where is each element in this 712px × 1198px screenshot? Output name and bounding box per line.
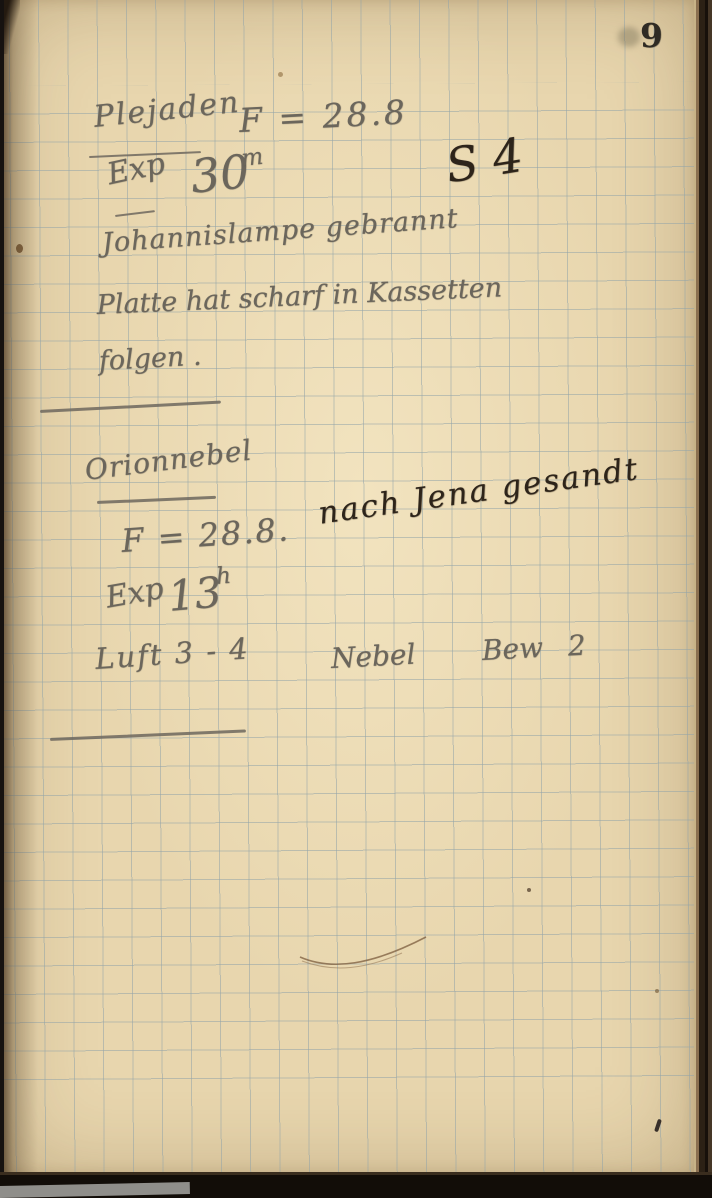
entry1-exposure-unit: m <box>240 144 264 172</box>
entry2-exposure-unit: h <box>215 563 232 590</box>
binding-gutter-shadow <box>4 0 38 1174</box>
entry2-condition-clouds: Bew 2 <box>481 629 586 667</box>
entry2-condition-fog: Nebel <box>330 638 416 675</box>
entry2-exposure-value: 13 <box>166 567 224 620</box>
page-number: 9 <box>640 16 663 55</box>
notebook-page: Plejaden F = 28.8 Exp 30 m S 4 Johannisl… <box>4 0 694 1174</box>
notebook-scan: Plejaden F = 28.8 Exp 30 m S 4 Johannisl… <box>0 0 712 1198</box>
paper-speck <box>278 72 283 77</box>
entry1-note-plate-cont: folgen . <box>98 341 202 377</box>
ink-smudge <box>618 27 640 47</box>
hair-scratch-mark <box>292 925 442 985</box>
book-page-edges-right <box>694 0 712 1174</box>
paper-speck <box>655 989 659 993</box>
paper-speck <box>527 888 531 892</box>
binding-corner-top-left <box>4 0 20 54</box>
